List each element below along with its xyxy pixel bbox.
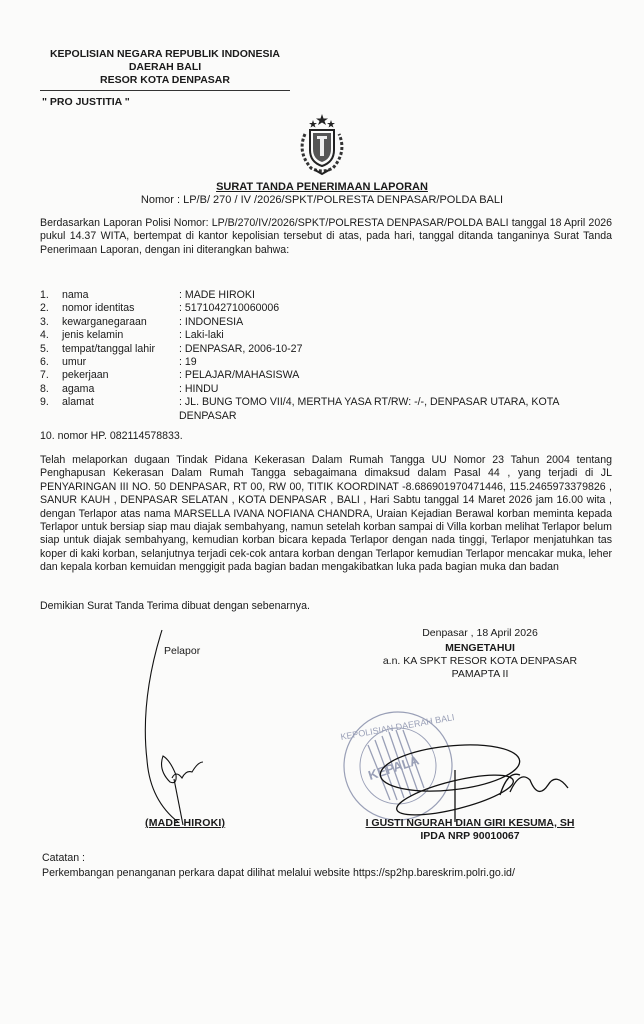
document-number: Nomor : LP/B/ 270 / IV /2026/SPKT/POLRES… <box>0 194 644 206</box>
pro-justitia: " PRO JUSTITIA " <box>42 96 130 108</box>
closing-statement: Demikian Surat Tanda Terima dibuat denga… <box>40 600 612 613</box>
phone-number-line: 10. nomor HP. 082114578833. <box>40 430 183 442</box>
officer-name: I GUSTI NGURAH DIAN GIRI KESUMA, SH <box>355 817 585 829</box>
report-paragraph: Telah melaporkan dugaan Tindak Pidana Ke… <box>40 454 612 575</box>
reporter-label: Pelapor <box>164 645 200 657</box>
reporter-name: (MADE HIROKI) <box>145 817 225 829</box>
identity-number: 6. <box>40 356 62 369</box>
identity-number: 8. <box>40 383 62 396</box>
note-text: Perkembangan penanganan perkara dapat di… <box>42 867 515 879</box>
identity-number: 3. <box>40 316 62 329</box>
identity-number: 1. <box>40 289 62 302</box>
identity-label: alamat <box>62 396 179 423</box>
note-label: Catatan : <box>42 852 85 864</box>
official-stamp-icon: KEPOLISIAN DAERAH BALI KEPALA <box>340 712 456 820</box>
place-date: Denpasar , 18 April 2026 <box>330 627 630 641</box>
header-divider <box>40 90 290 91</box>
svg-text:KEPOLISIAN DAERAH BALI: KEPOLISIAN DAERAH BALI <box>340 712 456 742</box>
identity-row: 3.kewarganegaraan: INDONESIA <box>40 316 610 329</box>
officer-nrp: IPDA NRP 90010067 <box>355 830 585 842</box>
identity-row: 2.nomor identitas: 5171042710060006 <box>40 302 610 315</box>
identity-value: : HINDU <box>179 383 610 396</box>
identity-label: pekerjaan <box>62 369 179 382</box>
identity-number: 2. <box>40 302 62 315</box>
position-label: PAMAPTA II <box>330 668 630 682</box>
header-line-2: DAERAH BALI <box>40 61 290 74</box>
header-line-3: RESOR KOTA DENPASAR <box>40 74 290 87</box>
identity-label: agama <box>62 383 179 396</box>
identity-row: 9.alamat: JL. BUNG TOMO VII/4, MERTHA YA… <box>40 396 610 423</box>
identity-label: nomor identitas <box>62 302 179 315</box>
identity-value: : MADE HIROKI <box>179 289 610 302</box>
identity-label: jenis kelamin <box>62 329 179 342</box>
identity-table: 1.nama: MADE HIROKI2.nomor identitas: 51… <box>40 289 610 423</box>
identity-value: : DENPASAR, 2006-10-27 <box>179 343 610 356</box>
institution-header: KEPOLISIAN NEGARA REPUBLIK INDONESIA DAE… <box>40 48 290 87</box>
identity-label: umur <box>62 356 179 369</box>
identity-row: 5.tempat/tanggal lahir: DENPASAR, 2006-1… <box>40 343 610 356</box>
identity-value: : 19 <box>179 356 610 369</box>
identity-label: nama <box>62 289 179 302</box>
identity-label: tempat/tanggal lahir <box>62 343 179 356</box>
identity-label: kewarganegaraan <box>62 316 179 329</box>
mengetahui-label: MENGETAHUI <box>330 642 630 656</box>
identity-value: : INDONESIA <box>179 316 610 329</box>
identity-number: 7. <box>40 369 62 382</box>
identity-value: : JL. BUNG TOMO VII/4, MERTHA YASA RT/RW… <box>179 396 610 423</box>
identity-row: 1.nama: MADE HIROKI <box>40 289 610 302</box>
on-behalf-label: a.n. KA SPKT RESOR KOTA DENPASAR <box>330 655 630 669</box>
identity-value: : 5171042710060006 <box>179 302 610 315</box>
header-line-1: KEPOLISIAN NEGARA REPUBLIK INDONESIA <box>40 48 290 61</box>
identity-number: 9. <box>40 396 62 423</box>
officer-signature-icon <box>378 739 568 823</box>
svg-text:KEPALA: KEPALA <box>366 752 421 783</box>
identity-row: 4.jenis kelamin: Laki-laki <box>40 329 610 342</box>
identity-number: 4. <box>40 329 62 342</box>
document-title: SURAT TANDA PENERIMAAN LAPORAN <box>0 181 644 193</box>
reporter-signature-icon <box>145 630 203 825</box>
identity-number: 5. <box>40 343 62 356</box>
police-emblem-icon <box>291 112 353 176</box>
identity-row: 8.agama: HINDU <box>40 383 610 396</box>
intro-paragraph: Berdasarkan Laporan Polisi Nomor: LP/B/2… <box>40 217 612 257</box>
identity-row: 6.umur: 19 <box>40 356 610 369</box>
identity-row: 7.pekerjaan: PELAJAR/MAHASISWA <box>40 369 610 382</box>
identity-value: : PELAJAR/MAHASISWA <box>179 369 610 382</box>
identity-value: : Laki-laki <box>179 329 610 342</box>
